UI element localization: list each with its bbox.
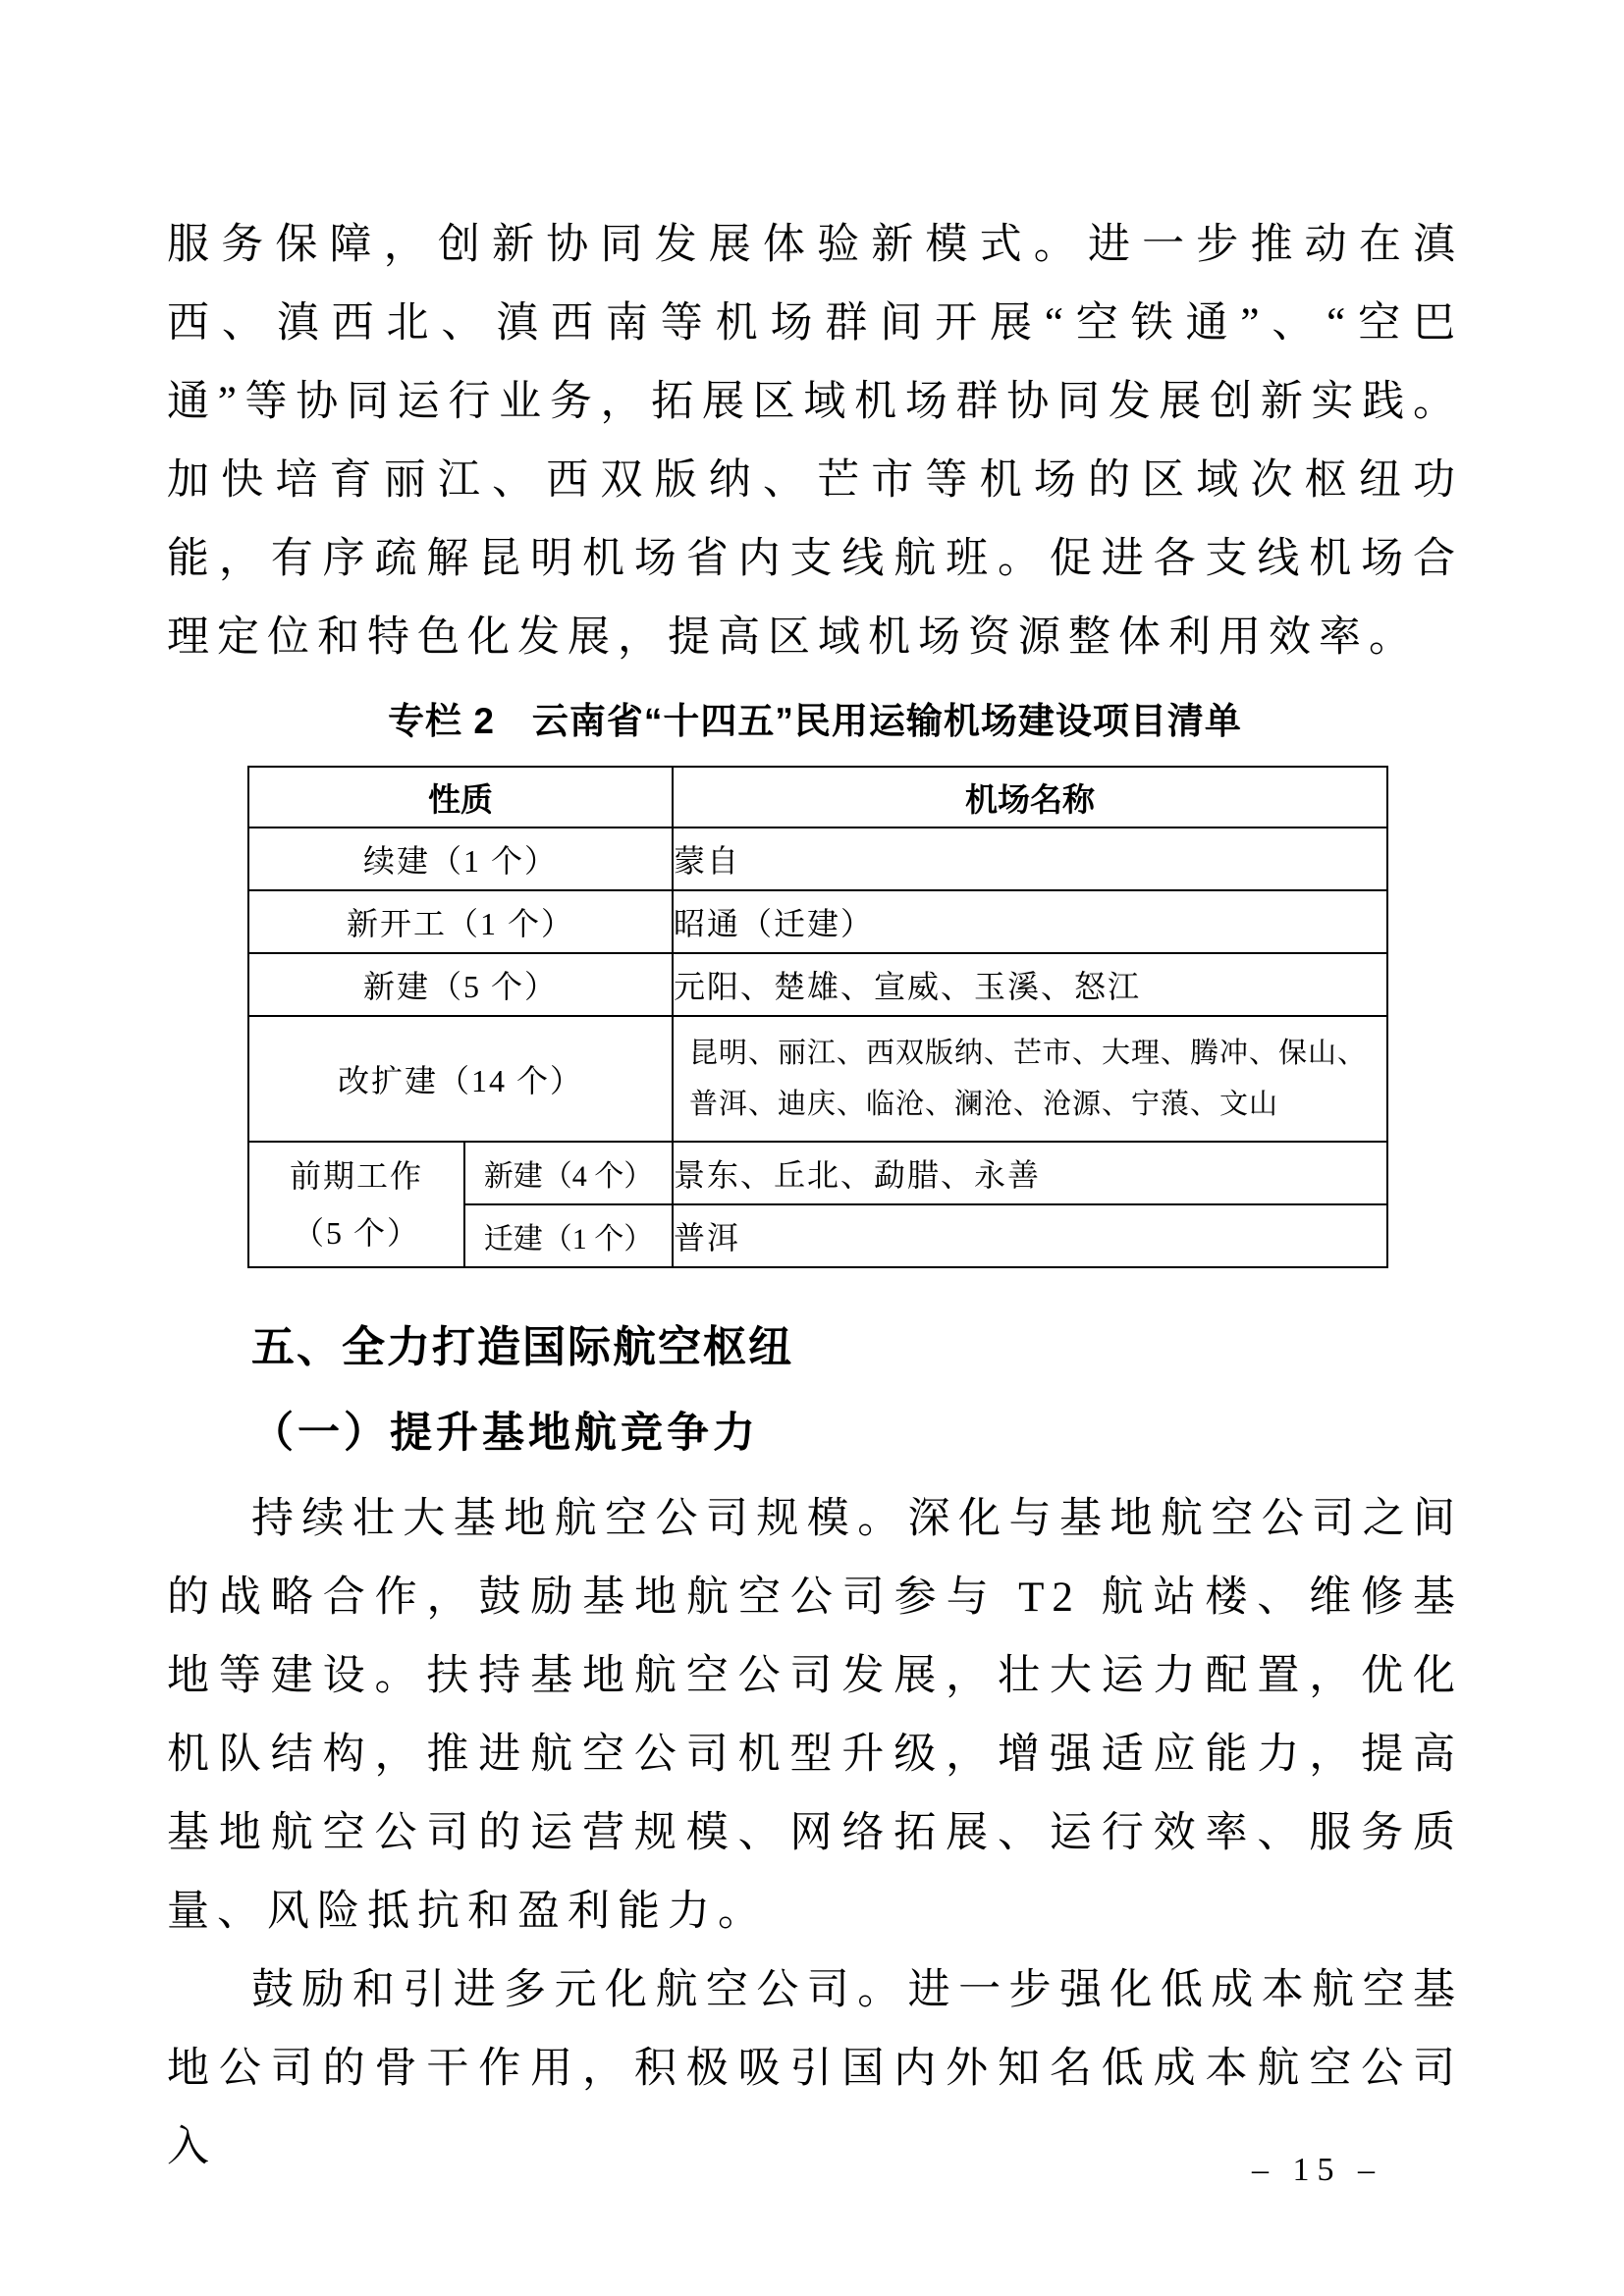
nature-cell: 改扩建（14 个） bbox=[248, 1016, 673, 1142]
table-row-new-build: 新建（5 个） 元阳、楚雄、宣威、玉溪、怒江 bbox=[248, 953, 1387, 1016]
airport-construction-table: 性质 机场名称 续建（1 个） 蒙自 新开工（1 个） 昭通（迁建） 新建（5 … bbox=[247, 766, 1388, 1268]
column-header-nature: 性质 bbox=[248, 767, 673, 828]
airports-cell: 普洱 bbox=[673, 1204, 1387, 1267]
airports-cell: 昆明、丽江、西双版纳、芒市、大理、腾冲、保山、普洱、迪庆、临沧、澜沧、沧源、宁蒗… bbox=[673, 1016, 1387, 1142]
table-row-renovation: 改扩建（14 个） 昆明、丽江、西双版纳、芒市、大理、腾冲、保山、普洱、迪庆、临… bbox=[248, 1016, 1387, 1142]
table-row-preliminary-new: 前期工作 （5 个） 新建（4 个） 景东、丘北、勐腊、永善 bbox=[248, 1142, 1387, 1204]
subsection-heading-base-airlines: （一）提升基地航竞争力 bbox=[167, 1404, 1463, 1465]
nature-cell: 新建（4 个） bbox=[464, 1142, 673, 1204]
box2-caption: 专栏 2 云南省“十四五”民用运输机场建设项目清单 bbox=[167, 691, 1463, 752]
document-page: 服务保障，创新协同发展体验新模式。进一步推动在滇西、滇西北、滇西南等机场群间开展… bbox=[0, 0, 1624, 2296]
nature-cell: 续建（1 个） bbox=[248, 828, 673, 890]
paragraph-base-airlines: 持续壮大基地航空公司规模。深化与基地航空公司之间的战略合作，鼓励基地航空公司参与… bbox=[167, 1480, 1463, 1951]
preliminary-work-group-cell: 前期工作 （5 个） bbox=[248, 1142, 464, 1267]
airports-cell: 昭通（迁建） bbox=[673, 890, 1387, 953]
table-header-row: 性质 机场名称 bbox=[248, 767, 1387, 828]
page-number: – 15 – bbox=[1252, 2152, 1382, 2189]
nature-cell: 迁建（1 个） bbox=[464, 1204, 673, 1267]
section-heading-international-hub: 五、全力打造国际航空枢纽 bbox=[167, 1317, 1463, 1378]
column-header-airports: 机场名称 bbox=[673, 767, 1387, 828]
airports-cell: 元阳、楚雄、宣威、玉溪、怒江 bbox=[673, 953, 1387, 1016]
nature-cell: 新开工（1 个） bbox=[248, 890, 673, 953]
nature-cell: 新建（5 个） bbox=[248, 953, 673, 1016]
paragraph-regional-coordination: 服务保障，创新协同发展体验新模式。进一步推动在滇西、滇西北、滇西南等机场群间开展… bbox=[167, 206, 1463, 677]
airports-cell: 景东、丘北、勐腊、永善 bbox=[673, 1142, 1387, 1204]
table-row-continued: 续建（1 个） 蒙自 bbox=[248, 828, 1387, 890]
airports-cell: 蒙自 bbox=[673, 828, 1387, 890]
table-row-newly-started: 新开工（1 个） 昭通（迁建） bbox=[248, 890, 1387, 953]
